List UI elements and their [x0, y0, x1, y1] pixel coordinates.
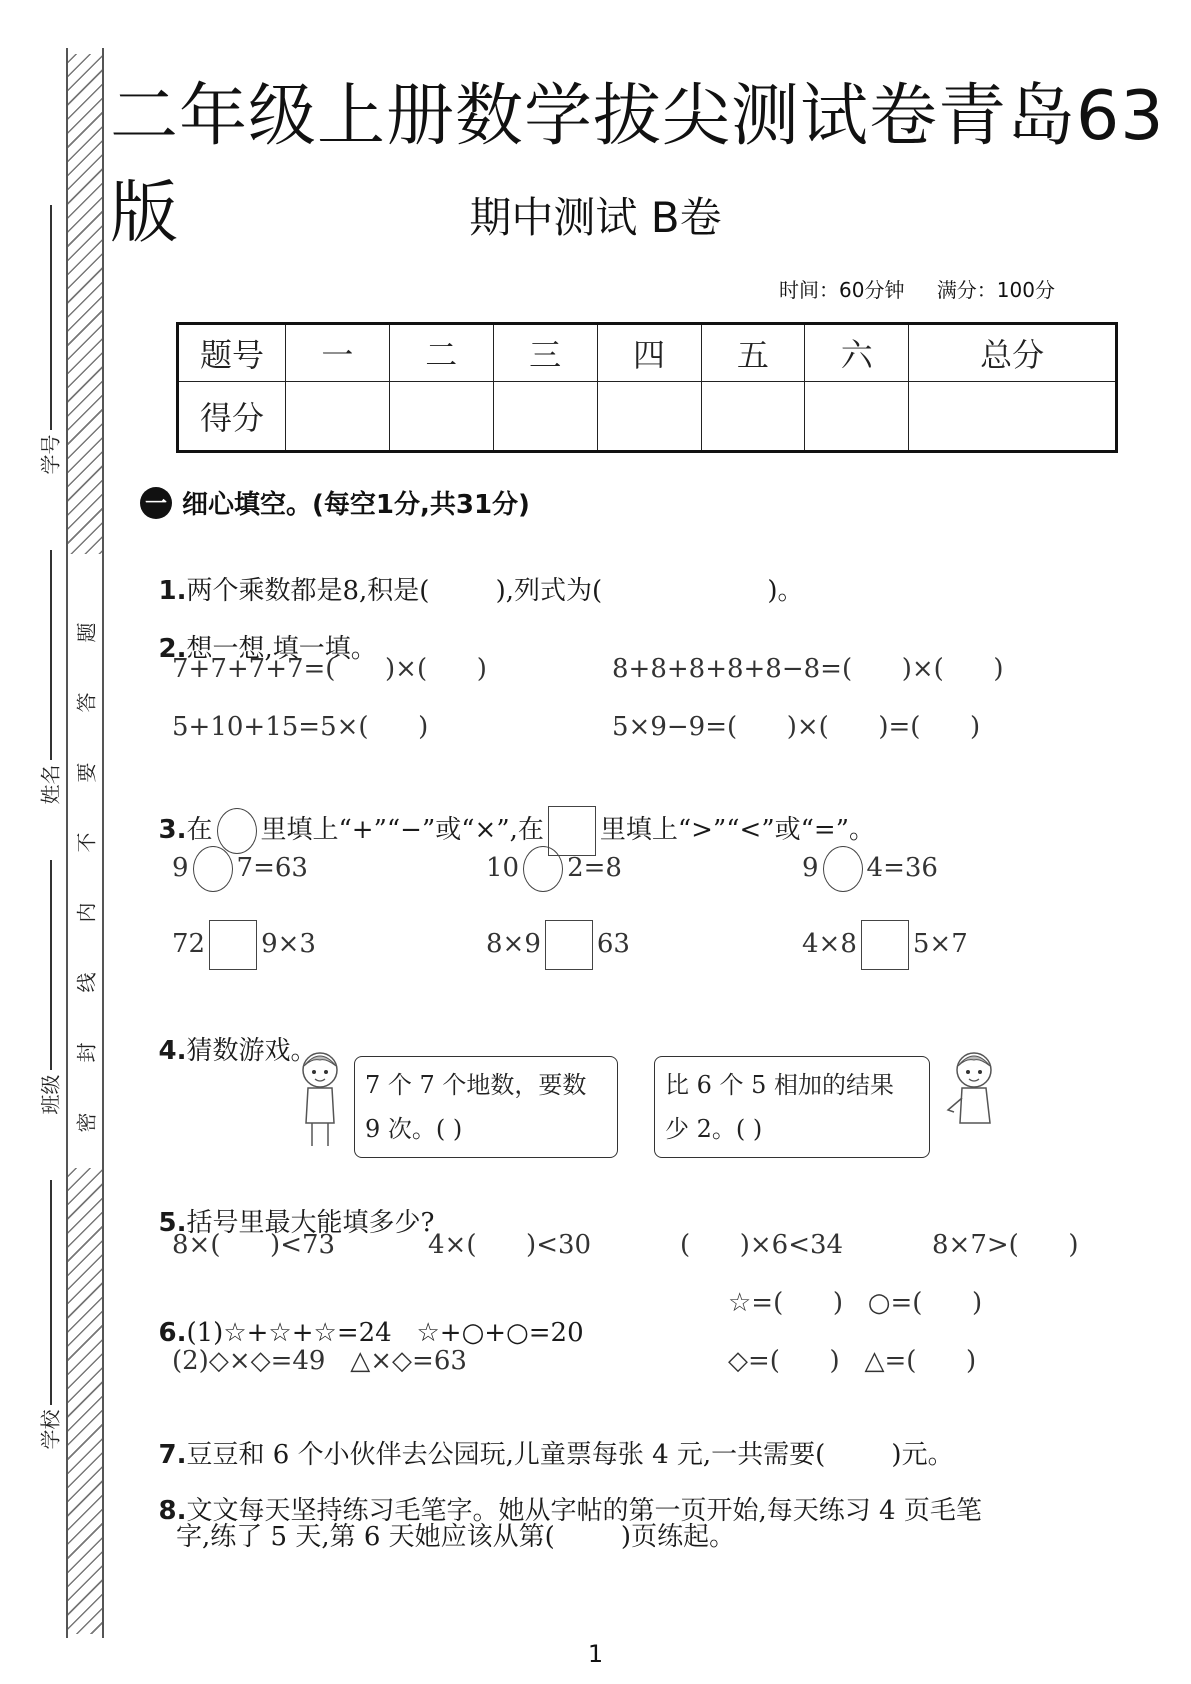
q5-item: 8×7>( )	[932, 1230, 1079, 1260]
hatch-pattern-bottom	[68, 1168, 102, 1634]
q3-square-item: 729×3	[172, 920, 316, 970]
q6-row2-answers: ◇=( ) △=( )	[728, 1346, 976, 1376]
q2-expression: 7+7+7+7=( )×( )	[172, 654, 487, 684]
exam-subtitle: 期中测试 B卷	[0, 185, 1191, 245]
seal-char: 不	[71, 826, 100, 860]
exam-full-score: 满分：100分	[937, 278, 1055, 302]
student-id-label: 学号	[35, 430, 64, 480]
q2-expression: 5×9−9=( )×( )=( )	[612, 712, 980, 742]
name-label: 姓名	[35, 760, 64, 810]
q6-row1: (1)☆+☆+☆=24 ☆+○+○=20	[187, 1318, 584, 1348]
operator-blank[interactable]	[193, 846, 233, 892]
binding-margin: 题 答 要 不 内 线 封 密	[66, 48, 104, 1638]
comparison-blank[interactable]	[209, 920, 257, 970]
section-heading: 一 细心填空。(每空1分,共31分)	[140, 484, 530, 521]
score-cell[interactable]	[805, 382, 909, 452]
header-cell: 二	[389, 324, 493, 382]
seal-char: 答	[71, 686, 100, 720]
score-cell[interactable]	[909, 382, 1117, 452]
school-label: 学校	[35, 1405, 64, 1455]
seal-char: 密	[71, 1106, 100, 1140]
q5-item: ( )×6<34	[680, 1230, 843, 1260]
header-cell: 题号	[178, 324, 286, 382]
score-row-label: 得分	[178, 382, 286, 452]
seal-char: 线	[71, 966, 100, 1000]
comparison-blank[interactable]	[545, 920, 593, 970]
speech-bubble-1: 7 个 7 个地数，要数 9 次。( )	[354, 1056, 618, 1158]
section-title: 细心填空。(每空1分,共31分)	[182, 484, 530, 521]
exam-time: 时间：60分钟	[779, 278, 904, 302]
score-table: 题号 一 二 三 四 五 六 总分 得分	[176, 322, 1118, 453]
q2-expression: 5+10+15=5×( )	[172, 712, 428, 742]
question-1: 1.两个乘数都是8,积是( ),列式为( )。	[142, 540, 804, 607]
score-cell[interactable]	[493, 382, 597, 452]
q5-item: 4×( )<30	[428, 1230, 591, 1260]
question-4: 4.猜数游戏。	[142, 1000, 317, 1067]
score-cell[interactable]	[701, 382, 805, 452]
section-number-badge: 一	[140, 487, 172, 519]
comparison-blank[interactable]	[861, 920, 909, 970]
hatch-pattern-top	[68, 54, 102, 554]
operator-blank[interactable]	[523, 846, 563, 892]
header-cell: 五	[701, 324, 805, 382]
q2-expression: 8+8+8+8+8−8=( )×( )	[612, 654, 1004, 684]
q5-item: 8×( )<73	[172, 1230, 335, 1260]
header-cell: 一	[286, 324, 390, 382]
class-label: 班级	[35, 1070, 64, 1120]
question-3: 3.在里填上“+”“−”或“×”,在里填上“>”“<”或“=”。	[142, 776, 875, 856]
question-8-line2: 字,练了 5 天,第 6 天她应该从第( )页练起。	[176, 1516, 735, 1553]
name-line[interactable]	[50, 550, 52, 760]
score-cell[interactable]	[597, 382, 701, 452]
seal-char: 题	[71, 616, 100, 650]
boy-illustration-icon	[296, 1048, 346, 1148]
header-cell: 三	[493, 324, 597, 382]
score-table-score-row: 得分	[178, 382, 1117, 452]
boy-pointing-illustration-icon	[944, 1048, 1004, 1148]
header-cell: 六	[805, 324, 909, 382]
score-cell[interactable]	[389, 382, 493, 452]
seal-char: 要	[71, 756, 100, 790]
q3-square-item: 4×85×7	[802, 920, 968, 970]
q6-row1-answers: ☆=( ) ○=( )	[728, 1288, 982, 1318]
exam-meta: 时间：60分钟 满分：100分	[753, 274, 1055, 303]
question-5: 5.括号里最大能填多少?	[142, 1172, 434, 1239]
speech-bubble-2: 比 6 个 5 相加的结果 少 2。( )	[654, 1056, 930, 1158]
header-cell: 总分	[909, 324, 1117, 382]
q3-square-item: 8×963	[486, 920, 630, 970]
operator-blank[interactable]	[823, 846, 863, 892]
score-table-header-row: 题号 一 二 三 四 五 六 总分	[178, 324, 1117, 382]
q3-circle-item: 97=63	[172, 846, 308, 892]
seal-char: 内	[71, 896, 100, 930]
class-line[interactable]	[50, 860, 52, 1070]
q6-row2: (2)◇×◇=49 △×◇=63	[172, 1346, 467, 1376]
score-cell[interactable]	[286, 382, 390, 452]
seal-char: 封	[71, 1036, 100, 1070]
q3-circle-item: 102=8	[486, 846, 622, 892]
header-cell: 四	[597, 324, 701, 382]
page-number: 1	[0, 1640, 1191, 1668]
q3-circle-item: 94=36	[802, 846, 938, 892]
question-6: 6.(1)☆+☆+☆=24 ☆+○+○=20	[142, 1288, 584, 1348]
school-line[interactable]	[50, 1180, 52, 1405]
